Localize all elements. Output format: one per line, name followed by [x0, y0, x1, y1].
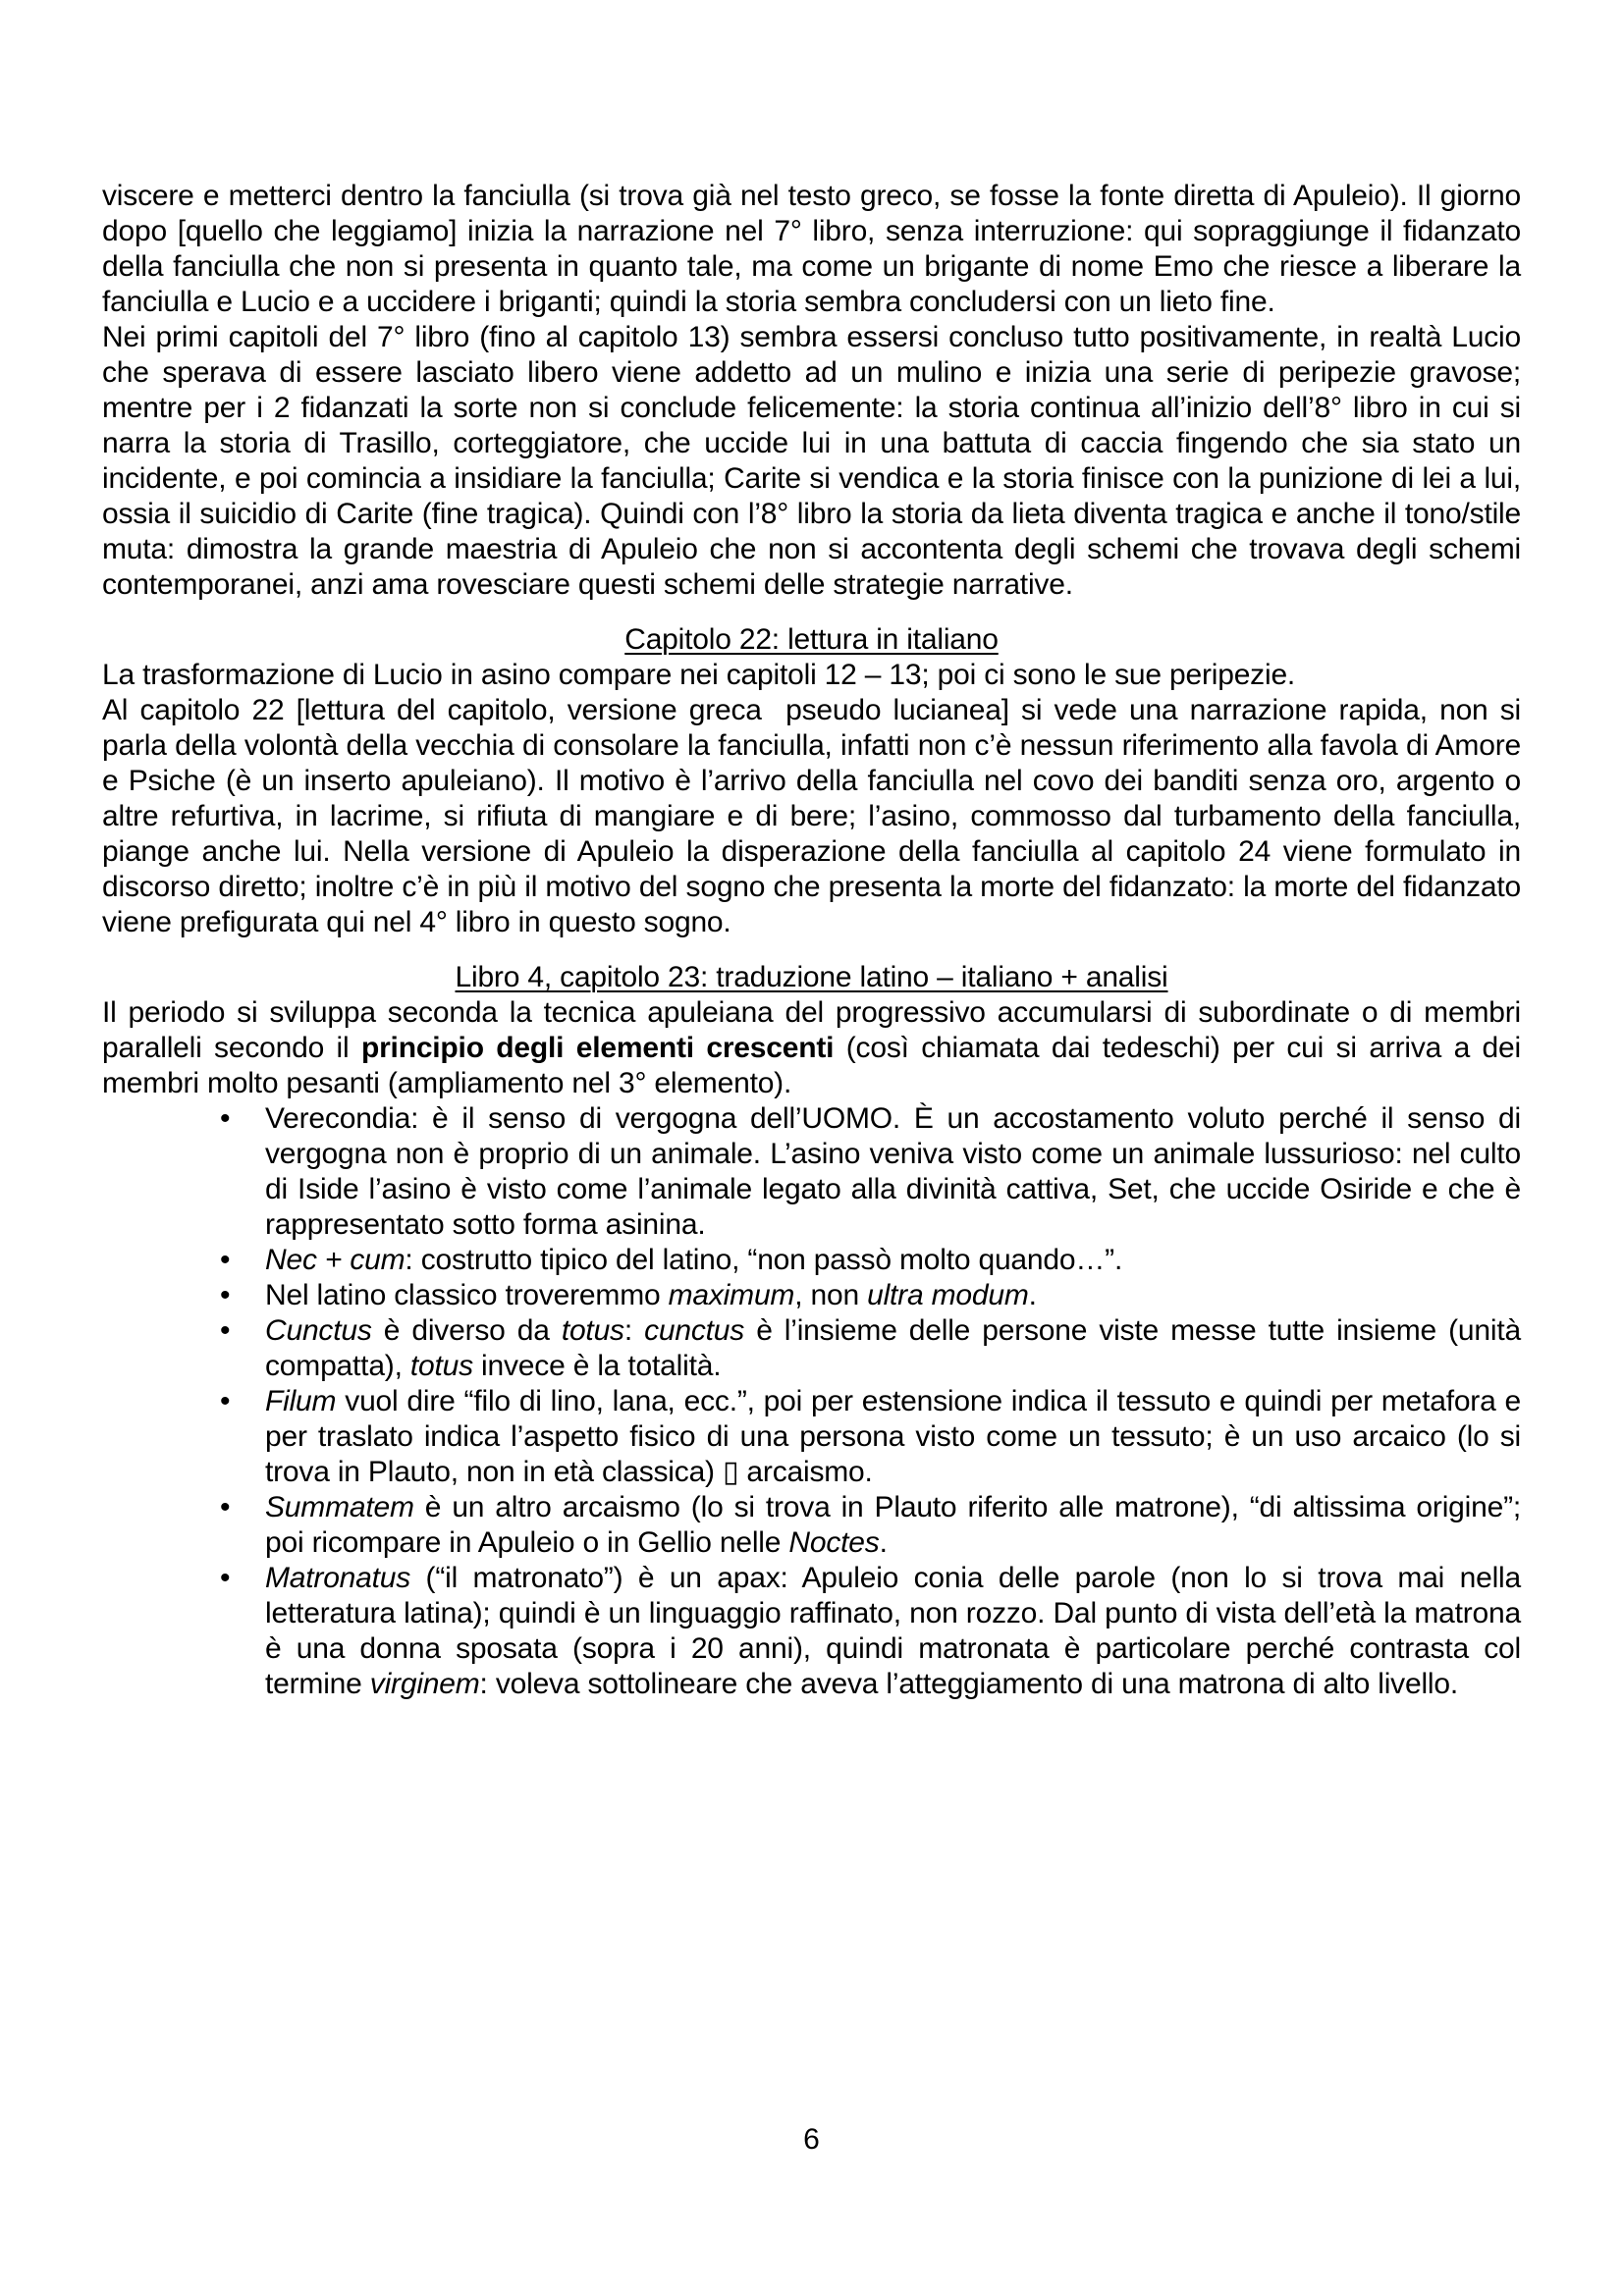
section-heading: Capitolo 22: lettura in italiano [102, 622, 1521, 658]
list-item: Matronatus (“il matronato”) è un apax: A… [265, 1561, 1521, 1702]
list-item: Summatem è un altro arcaismo (lo si trov… [265, 1490, 1521, 1561]
bullet-list: Verecondia: è il senso di vergogna dell’… [102, 1101, 1521, 1702]
paragraph: Il periodo si sviluppa seconda la tecnic… [102, 995, 1521, 1101]
list-item: Verecondia: è il senso di vergogna dell’… [265, 1101, 1521, 1243]
list-item: Filum vuol dire “filo di lino, lana, ecc… [265, 1384, 1521, 1490]
list-item: Nel latino classico troveremmo maximum, … [265, 1278, 1521, 1313]
paragraph: viscere e metterci dentro la fanciulla (… [102, 179, 1521, 320]
list-item: Nec + cum: costrutto tipico del latino, … [265, 1243, 1521, 1278]
missing-glyph-box: ▯ [723, 1455, 738, 1490]
document-body: viscere e metterci dentro la fanciulla (… [102, 179, 1521, 1702]
paragraph: Al capitolo 22 [lettura del capitolo, ve… [102, 693, 1521, 940]
section-heading: Libro 4, capitolo 23: traduzione latino … [102, 960, 1521, 995]
document-page: viscere e metterci dentro la fanciulla (… [0, 0, 1623, 2296]
paragraph: La trasformazione di Lucio in asino comp… [102, 658, 1521, 693]
paragraph: Nei primi capitoli del 7° libro (fino al… [102, 320, 1521, 603]
list-item: Cunctus è diverso da totus: cunctus è l’… [265, 1313, 1521, 1384]
page-footer: 6 [0, 2122, 1623, 2158]
page-number: 6 [803, 2123, 820, 2156]
